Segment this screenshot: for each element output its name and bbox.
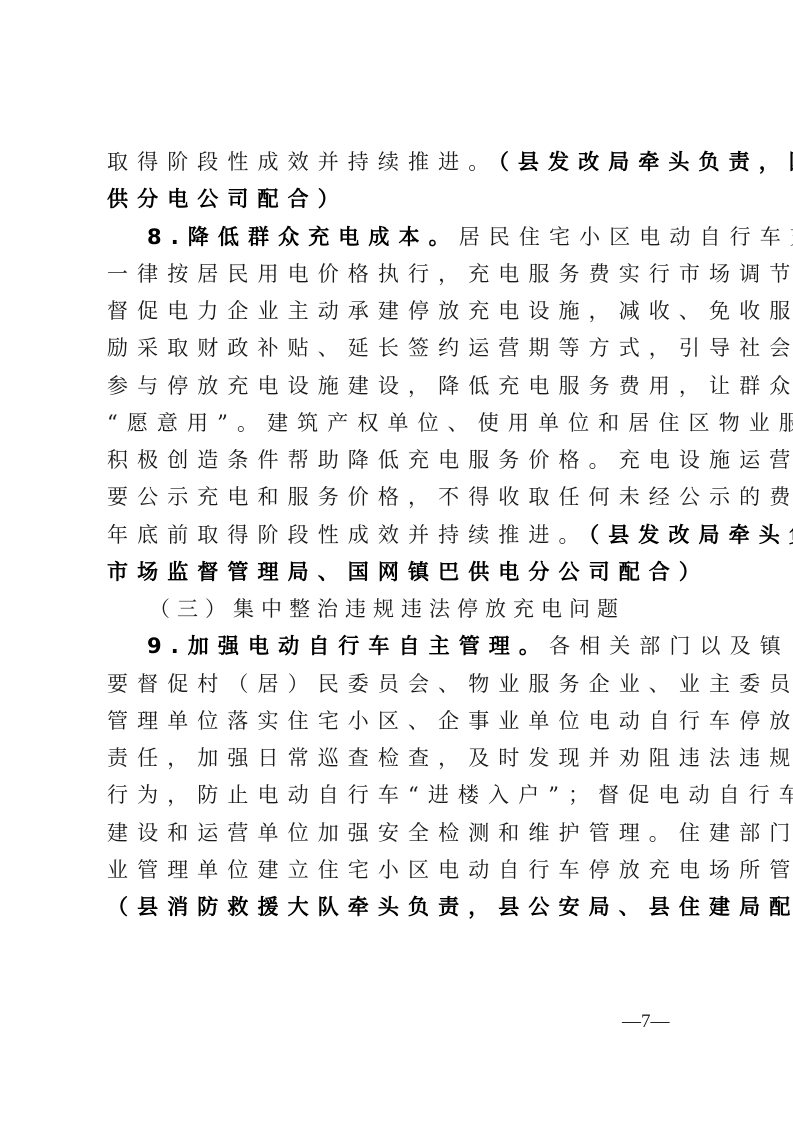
text-line: 市场监督管理局、国网镇巴供电分公司配合） [107, 554, 683, 591]
text-line: 管理单位落实住宅小区、企事业单位电动自行车停放安全管理 [107, 703, 683, 740]
document-page: 取得阶段性成效并持续推进。（县发改局牵头负责，国网镇巴 供分电公司配合） 8.降… [0, 0, 793, 1122]
text-line: 一律按居民用电价格执行，充电服务费实行市场调节价。指导 [107, 256, 683, 293]
text-run: 一律按居民用电价格执行，充电服务费实行市场调节价。指导 [107, 262, 793, 286]
text-line: 要督促村（居）民委员会、物业服务企业、业主委员会、建设 [107, 666, 683, 703]
text-line: 参与停放充电设施建设，降低充电服务费用，让群众“能承担” [107, 368, 683, 405]
item-8-title: 8.降低群众充电成本。 [147, 225, 459, 249]
text-line: 督促电力企业主动承建停放充电设施，减收、免收服务费。鼓 [107, 293, 683, 330]
responsibility-note: （县消防救援大队牵头负责，县公安局、县住建局配合） [107, 895, 793, 919]
text-line: 积极创造条件帮助降低充电服务价格。充电设施运营管理单位 [107, 442, 683, 479]
text-line: 年底前取得阶段性成效并持续推进。（县发改局牵头负责，县 [107, 517, 683, 554]
section-3-title: （三）集中整治违规违法停放充电问题 [149, 597, 625, 621]
text-run: 年底前取得阶段性成效并持续推进。 [107, 523, 589, 547]
page-number: —7— [622, 1011, 670, 1033]
item-9-heading-line: 9.加强电动自行车自主管理。各相关部门以及镇（街道） [107, 628, 683, 665]
text-run: 积极创造条件帮助降低充电服务价格。充电设施运营管理单位 [107, 448, 793, 472]
text-run: 参与停放充电设施建设，降低充电服务费用，让群众“能承担” [107, 374, 793, 398]
text-run: 要督促村（居）民委员会、物业服务企业、业主委员会、建设 [107, 672, 793, 696]
text-line: 供分电公司配合） [107, 181, 683, 218]
text-run: 建设和运营单位加强安全检测和维护管理。住建部门要指导物 [107, 821, 793, 845]
text-run: 居民住宅小区电动自行车充电价格 [459, 225, 793, 249]
text-run: 责任，加强日常巡查检查，及时发现并劝阻违法违规停放充电 [107, 746, 793, 770]
responsibility-note: （县发改局牵头负责，县 [589, 523, 793, 547]
text-line: 取得阶段性成效并持续推进。（县发改局牵头负责，国网镇巴 [107, 144, 683, 181]
text-line: 责任，加强日常巡查检查，及时发现并劝阻违法违规停放充电 [107, 740, 683, 777]
text-run: 管理单位落实住宅小区、企事业单位电动自行车停放安全管理 [107, 709, 793, 733]
text-run: 各相关部门以及镇（街道） [549, 634, 793, 658]
text-line: 行为，防止电动自行车“进楼入户”；督促电动自行车充电设施 [107, 777, 683, 814]
responsibility-note: 市场监督管理局、国网镇巴供电分公司配合） [107, 560, 709, 584]
text-run: 业管理单位建立住宅小区电动自行车停放充电场所管理制度。 [107, 858, 793, 882]
item-9-title: 9.加强电动自行车自主管理。 [147, 634, 549, 658]
text-line: 业管理单位建立住宅小区电动自行车停放充电场所管理制度。 [107, 852, 683, 889]
text-run: 取得阶段性成效并持续推进。 [107, 150, 498, 174]
text-run: 行为，防止电动自行车“进楼入户”；督促电动自行车充电设施 [107, 783, 793, 807]
text-line: “愿意用”。建筑产权单位、使用单位和居住区物业服务企业应 [107, 405, 683, 442]
text-run: 励采取财政补贴、延长签约运营期等方式，引导社会力量积极 [107, 336, 793, 360]
responsibility-note: 供分电公司配合） [107, 187, 348, 211]
text-line: 建设和运营单位加强安全检测和维护管理。住建部门要指导物 [107, 815, 683, 852]
text-run: 督促电力企业主动承建停放充电设施，减收、免收服务费。鼓 [107, 299, 793, 323]
text-line: 励采取财政补贴、延长签约运营期等方式，引导社会力量积极 [107, 330, 683, 367]
item-8-heading-line: 8.降低群众充电成本。居民住宅小区电动自行车充电价格 [107, 219, 683, 256]
responsibility-note: （县发改局牵头负责，国网镇巴 [498, 150, 793, 174]
text-line: 要公示充电和服务价格，不得收取任何未经公示的费用。2024 [107, 479, 683, 516]
document-body: 取得阶段性成效并持续推进。（县发改局牵头负责，国网镇巴 供分电公司配合） 8.降… [107, 144, 683, 926]
text-run: 要公示充电和服务价格，不得收取任何未经公示的费用。2024 [107, 485, 793, 509]
section-subheading: （三）集中整治违规违法停放充电问题 [107, 591, 683, 628]
text-run: “愿意用”。建筑产权单位、使用单位和居住区物业服务企业应 [107, 411, 793, 435]
text-line: （县消防救援大队牵头负责，县公安局、县住建局配合） [107, 889, 683, 926]
